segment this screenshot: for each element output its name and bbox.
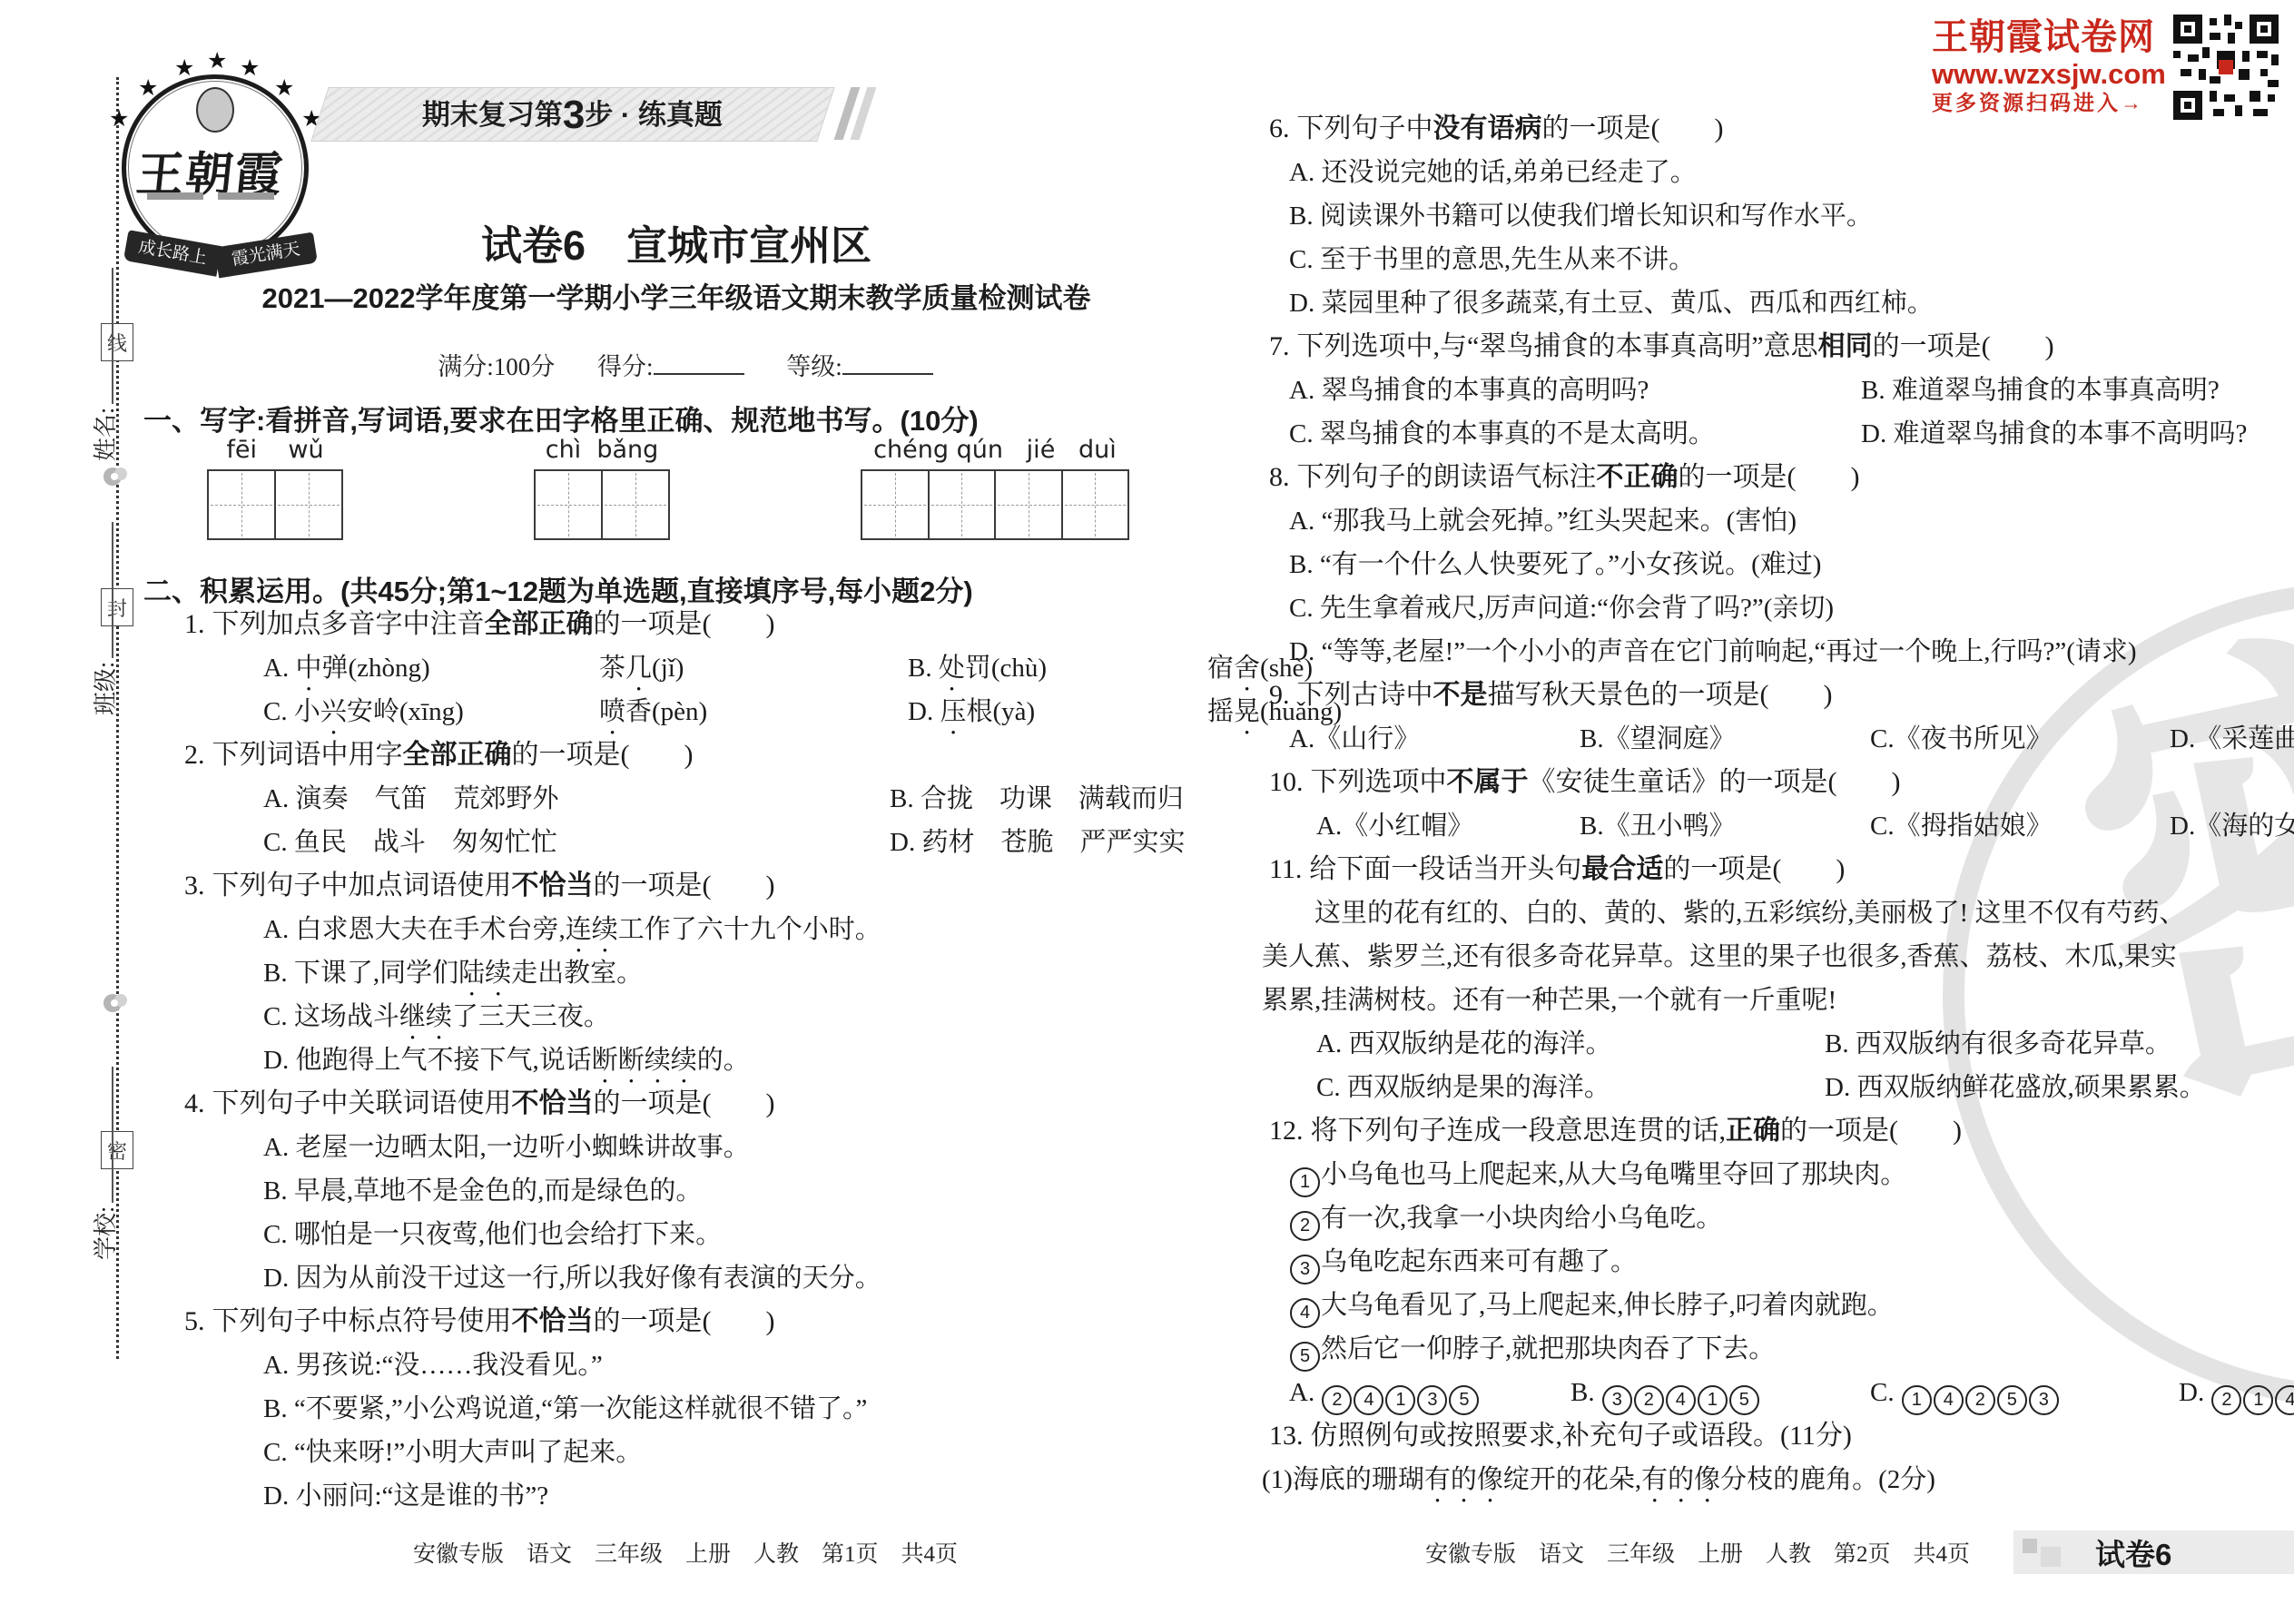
numbered-sentence: 3乌龟吃起东西来可有趣了。 [1289,1240,2294,1284]
step-banner: 期末复习第3步 · 练真题 [310,87,834,142]
circled-number: 4 [1354,1385,1383,1415]
question-stem: 4.下列句子中关联词语使用不恰当的一项是( ) [159,1082,1212,1126]
option: D. “等等,老屋!”一个小小的声音在它门前响起,“再过一个晚上,行吗?”(请求… [1289,630,2294,674]
circled-number: 1 [1385,1385,1415,1415]
question-stem: 10.下列选项中不属于《安徒生童话》的一项是( ) [1262,761,2294,804]
grid-cell [536,471,603,538]
option: B. “有一个什么人快要死了。”小女孩说。(难过) [1289,543,2294,586]
option: D. 他跑得上气不接下气,说话断断续续的。 [263,1038,1212,1082]
circled-number: 3 [1602,1385,1632,1415]
options-group: A. 翠鸟捕食的本事真的高明吗?B. 难道翠鸟捕食的本事真高明?C. 翠鸟捕食的… [1289,369,2294,456]
question-stem: 1.下列加点多音字中注音全部正确的一项是( ) [159,603,1212,646]
question-stem: 6.下列句子中没有语病的一项是( ) [1262,107,2294,151]
circled-number: 5 [1729,1385,1759,1415]
option: A. 24135 [1289,1371,1570,1414]
question-7: 7.下列选项中,与“翠鸟捕食的本事真高明”意思相同的一项是( )A. 翠鸟捕食的… [1262,325,2294,456]
options-group: A. 中弹(zhòng)茶几(jǐ)B. 处罚(chù)宿舍(shè)C. 小兴… [263,646,1434,733]
site-block: 王朝霞试卷网 www.wzxsjw.com 更多资源扫码进入→ [1932,16,2168,114]
pinyin-grid-group: chì bǎng [534,436,670,540]
character-grid[interactable] [207,469,343,540]
option: D. 西双版纳鲜花盛放,硕果累累。 [1825,1066,2294,1109]
question-9: 9.下列古诗中不是描写秋天景色的一项是( )A.《山行》B.《望洞庭》C.《夜书… [1262,674,2294,761]
pinyin-grid-group: chéng qún jié duì [861,436,1129,540]
question-8: 8.下列句子的朗读语气标注不正确的一项是( )A. “那我马上就会死掉。”红头哭… [1262,456,2294,674]
school-field-label: 学校: [87,1067,121,1260]
circled-number: 1 [1902,1385,1932,1415]
class-field-label: 班级: [87,522,121,715]
numbered-sentence: 1小乌龟也马上爬起来,从大乌龟嘴里夺回了那块肉。 [1289,1153,2294,1196]
footer-page-2: 安徽专版 语文 三年级 上册 人教 第2页 共4页 [1334,1536,2061,1569]
sub-question: (1)海底的珊瑚有的像绽开的花朵,有的像分枝的鹿角。(2分) [1262,1458,2294,1501]
option: C. 翠鸟捕食的本事真的不是太高明。 [1289,412,1861,456]
option: C. 14253 [1870,1371,2179,1414]
exam-paper-page: 密 线 封 密 姓名: 班级: 学校: ★ ★ ★ ★ ★ ★ ★ 王朝霞 成长… [0,0,2294,1624]
character-grid[interactable] [534,469,670,540]
circled-number: 2 [1290,1211,1320,1241]
option: D. 压根(yà) [908,690,1207,733]
options-group: A. 西双版纳是花的海洋。B. 西双版纳有很多奇花异草。C. 西双版纳是果的海洋… [1316,1022,2294,1109]
paragraph-line: 这里的花有红的、白的、黄的、紫的,五彩缤纷,美丽极了! 这里不仅有芍药、 [1262,891,2294,935]
name-field-label: 姓名: [87,268,121,461]
option: D. 21453 [2179,1371,2294,1414]
footer-page-1: 安徽专版 语文 三年级 上册 人教 第1页 共4页 [159,1536,1212,1569]
options-group: A. 男孩说:“没……我没看见。”B. “不要紧,”小公鸡说道,“第一次能这样就… [263,1343,1212,1518]
options-group: A. 24135B. 32415C. 14253D. 21453 [1289,1371,2294,1414]
class-blank-line[interactable] [95,522,113,658]
name-blank-line[interactable] [95,268,113,404]
question-2: 2.下列词语中用字全部正确的一项是( )A. 演奏 气笛 荒郊野外B. 合拢 功… [159,733,1212,864]
option: C. 哪怕是一只夜莺,他们也会给打下来。 [263,1213,1212,1256]
option: 喷香(pèn) [599,690,908,733]
numbered-sentence: 5然后它一仰脖子,就把那块肉吞了下去。 [1289,1327,2294,1371]
option: A. 男孩说:“没……我没看见。” [263,1343,1212,1387]
grid-cell [862,471,930,538]
paragraph-line: 累累,挂满树枝。还有一种芒果,一个就有一斤重呢! [1262,979,2294,1022]
grade-label: 等级: [786,353,842,380]
grade-blank[interactable] [842,353,933,375]
questions-column-left: 1.下列加点多音字中注音全部正确的一项是( )A. 中弹(zhòng)茶几(jǐ… [159,603,1212,1518]
question-1: 1.下列加点多音字中注音全部正确的一项是( )A. 中弹(zhòng)茶几(jǐ… [159,603,1212,733]
option: C. 鱼民 战斗 匆匆忙忙 [263,821,890,864]
options-group: A. 演奏 气笛 荒郊野外B. 合拢 功课 满载而归C. 鱼民 战斗 匆匆忙忙D… [263,777,1362,864]
question-stem: 3.下列句子中加点词语使用不恰当的一项是( ) [159,864,1212,908]
options-group: A. 白求恩大夫在手术台旁,连续工作了六十九个小时。B. 下课了,同学们陆续走出… [263,908,1212,1082]
option: B. 早晨,草地不是金色的,而是绿色的。 [263,1169,1212,1213]
option: A. 演奏 气笛 荒郊野外 [263,777,890,821]
circled-number: 3 [1417,1385,1447,1415]
option: D.《海的女儿》 [2170,804,2294,848]
option: A. “那我马上就会死掉。”红头哭起来。(害怕) [1289,499,2294,543]
numbered-sentence: 2有一次,我拿一小块肉给小乌龟吃。 [1289,1196,2294,1240]
grid-cell [996,471,1063,538]
pinyin-grid-group: fēi wǔ [207,436,343,540]
option: B. 西双版纳有很多奇花异草。 [1825,1022,2294,1066]
option: A. 翠鸟捕食的本事真的高明吗? [1289,369,1861,412]
grid-cell [930,471,997,538]
question-13: 13.仿照例句或按照要求,补充句子或语段。(11分)(1)海底的珊瑚有的像绽开的… [1262,1414,2294,1501]
question-stem: 13.仿照例句或按照要求,补充句子或语段。(11分) [1262,1414,2294,1458]
option: C. 先生拿着戒尺,厉声问道:“你会背了吗?”(亲切) [1289,586,2294,630]
question-11: 11.给下面一段话当开头句最合适的一项是( )这里的花有红的、白的、黄的、紫的,… [1262,848,2294,1109]
circled-number: 1 [1698,1385,1728,1415]
circled-number: 2 [1634,1385,1664,1415]
star-icon: ★ [207,47,227,74]
circled-number: 4 [1934,1385,1964,1415]
grid-cell [276,471,341,538]
grid-cell [603,471,668,538]
star-icon: ★ [274,74,294,101]
grid-cell [1063,471,1128,538]
badge-decoration [147,192,274,200]
options-group: A.《山行》B.《望洞庭》C.《夜书所见》D.《采莲曲》 [1289,717,2294,761]
question-stem: 9.下列古诗中不是描写秋天景色的一项是( ) [1262,674,2294,717]
option: D. 菜园里种了很多蔬菜,有土豆、黄瓜、西瓜和西红柿。 [1289,281,2294,325]
option: C.《夜书所见》 [1870,717,2170,761]
option: A.《小红帽》 [1316,804,1580,848]
paper-subtitle: 2021—2022学年度第一学期小学三年级语文期末教学质量检测试卷 [136,275,1216,316]
circled-number: 5 [1997,1385,2027,1415]
circled-number: 1 [1290,1167,1320,1197]
options-group: A.《小红帽》B.《丑小鸭》C.《拇指姑娘》D.《海的女儿》 [1316,804,2294,848]
circled-number: 5 [1449,1385,1479,1415]
option: 茶几(jǐ) [599,646,908,690]
question-stem: 2.下列词语中用字全部正确的一项是( ) [159,733,1212,777]
circled-number: 2 [2211,1385,2241,1415]
question-stem: 5.下列句子中标点符号使用不恰当的一项是( ) [159,1300,1212,1343]
author-photo [196,87,234,133]
option: D.《采莲曲》 [2170,717,2294,761]
question-4: 4.下列句子中关联词语使用不恰当的一项是( )A. 老屋一边晒太阳,一边听小蜘蛛… [159,1082,1212,1300]
option: B. “不要紧,”小公鸡说道,“第一次能这样就很不错了。” [263,1387,1212,1431]
circled-number: 4 [1290,1298,1320,1328]
option: A. 还没说完她的话,弟弟已经走了。 [1289,151,2294,194]
questions-column-right: 6.下列句子中没有语病的一项是( )A. 还没说完她的话,弟弟已经走了。B. 阅… [1262,107,2294,1501]
paper-tab-label: 试卷6 [2095,1531,2171,1574]
question-6: 6.下列句子中没有语病的一项是( )A. 还没说完她的话,弟弟已经走了。B. 阅… [1262,107,2294,325]
option: C. 小兴安岭(xīng) [263,690,599,733]
circled-number: 1 [2243,1385,2273,1415]
option: B. 下课了,同学们陆续走出教室。 [263,951,1212,995]
grid-cell [209,471,276,538]
circled-number: 2 [1322,1385,1352,1415]
pinyin-label: chéng qún jié duì [861,436,1129,464]
paper-title: 试卷6 宣城市宣州区 [159,212,1194,271]
score-line: 满分:100分 得分: 等级: [168,347,1203,382]
option: B. 阅读课外书籍可以使我们增长知识和写作水平。 [1289,194,2294,238]
option: C.《拇指姑娘》 [1870,804,2170,848]
option: A. 西双版纳是花的海洋。 [1316,1022,1825,1066]
flower-ornament-icon [102,465,129,488]
question-stem: 12.将下列句子连成一段意思连贯的话,正确的一项是( ) [1262,1109,2294,1153]
option: B. 难道翠鸟捕食的本事真高明? [1861,369,2294,412]
score-blank[interactable] [654,353,744,375]
question-5: 5.下列句子中标点符号使用不恰当的一项是( )A. 男孩说:“没……我没看见。”… [159,1300,1212,1518]
site-url[interactable]: www.wzxsjw.com [1932,58,2168,91]
question-10: 10.下列选项中不属于《安徒生童话》的一项是( )A.《小红帽》B.《丑小鸭》C… [1262,761,2294,848]
circled-number: 5 [1290,1342,1320,1372]
option: A. 中弹(zhòng) [263,646,599,690]
character-grid[interactable] [861,469,1129,540]
got-score-label: 得分: [597,353,654,380]
question-stem: 11.给下面一段话当开头句最合适的一项是( ) [1262,848,2294,891]
site-name: 王朝霞试卷网 [1932,16,2168,58]
option: A.《山行》 [1289,717,1580,761]
option: D. 小丽问:“这是谁的书”? [263,1474,1212,1518]
question-stem: 7.下列选项中,与“翠鸟捕食的本事真高明”意思相同的一项是( ) [1262,325,2294,369]
option: C. 这场战斗继续了三天三夜。 [263,995,1212,1038]
options-group: A. “那我马上就会死掉。”红头哭起来。(害怕)B. “有一个什么人快要死了。”… [1289,499,2294,674]
option: B. 处罚(chù) [908,646,1207,690]
options-group: A. 还没说完她的话,弟弟已经走了。B. 阅读课外书籍可以使我们增长知识和写作水… [1289,151,2294,325]
option: B.《丑小鸭》 [1580,804,1870,848]
question-3: 3.下列句子中加点词语使用不恰当的一项是( )A. 白求恩大夫在手术台旁,连续工… [159,864,1212,1082]
option: B.《望洞庭》 [1580,717,1870,761]
circled-number: 3 [2029,1385,2059,1415]
circled-number: 4 [2275,1385,2294,1415]
question-12: 12.将下列句子连成一段意思连贯的话,正确的一项是( )1小乌龟也马上爬起来,从… [1262,1109,2294,1414]
option: A. 老屋一边晒太阳,一边听小蜘蛛讲故事。 [263,1126,1212,1169]
option: C. “快来呀!”小明大声叫了起来。 [263,1431,1212,1474]
option: A. 白求恩大夫在手术台旁,连续工作了六十九个小时。 [263,908,1212,951]
option: D. 难道翠鸟捕食的本事不高明吗? [1861,412,2294,456]
circled-number: 3 [1290,1255,1320,1284]
tab-square-decoration [2041,1547,2061,1567]
star-icon: ★ [109,105,129,132]
option: C. 西双版纳是果的海洋。 [1316,1066,1825,1109]
step-banner-text: 期末复习第3步 · 练真题 [422,92,723,138]
school-blank-line[interactable] [95,1067,113,1203]
paragraph-line: 美人蕉、紫罗兰,还有很多奇花异草。这里的果子也很多,香蕉、荔枝、木瓜,果实 [1262,935,2294,979]
qr-code-icon[interactable] [2173,15,2279,120]
option: B. 32415 [1570,1371,1870,1414]
paper-tab: 试卷6 [2013,1530,2294,1574]
pinyin-label: chì bǎng [534,436,670,464]
option: C. 至于书里的意思,先生从来不讲。 [1289,238,2294,281]
circled-number: 4 [1666,1385,1696,1415]
numbered-sentence: 4大乌龟看见了,马上爬起来,伸长脖子,叼着肉就跑。 [1289,1284,2294,1327]
star-icon: ★ [240,54,260,81]
tab-square-decoration [2023,1539,2037,1553]
options-group: A. 老屋一边晒太阳,一边听小蜘蛛讲故事。B. 早晨,草地不是金色的,而是绿色的… [263,1126,1212,1300]
full-score-label: 满分:100分 [438,353,555,380]
option: D. 因为从前没干过这一行,所以我好像有表演的天分。 [263,1256,1212,1300]
pinyin-label: fēi wǔ [207,436,343,464]
question-stem: 8.下列句子的朗读语气标注不正确的一项是( ) [1262,456,2294,499]
flower-ornament-icon [102,991,129,1015]
circled-number: 2 [1965,1385,1995,1415]
section-one-heading: 一、写字:看拼音,写词语,要求在田字格里正确、规范地书写。(10分) [143,398,979,438]
